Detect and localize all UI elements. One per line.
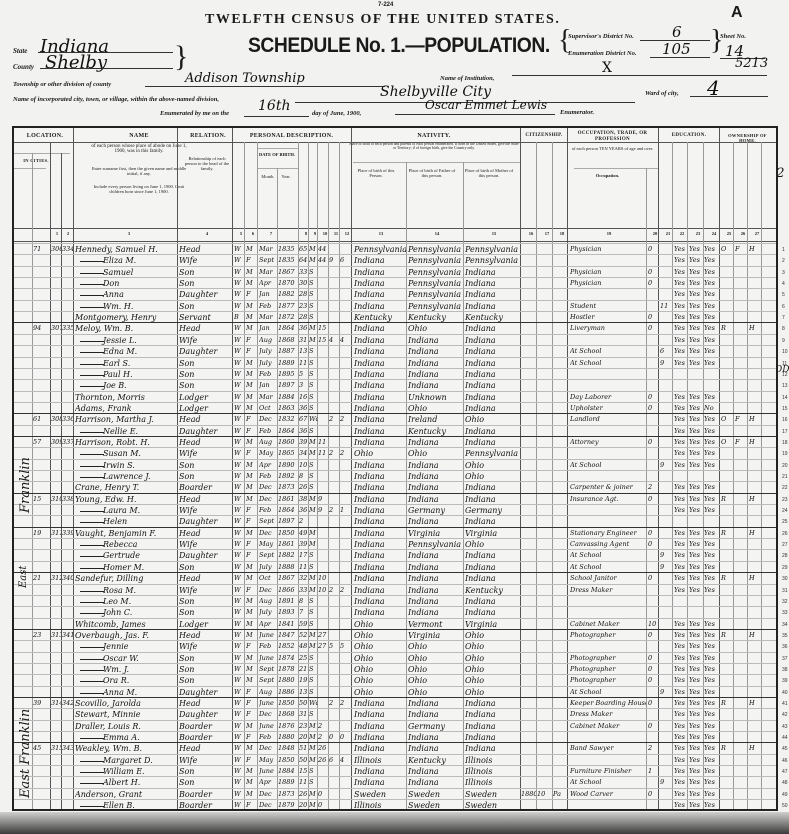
line-number: 4 bbox=[782, 281, 785, 287]
enumeration-value: 105 bbox=[662, 40, 691, 58]
day-value: 16th bbox=[258, 98, 290, 114]
ditto-dash bbox=[80, 466, 104, 467]
group-relation: RELATION. bbox=[184, 133, 232, 139]
enumerated-label: Enumerated by me on the bbox=[160, 110, 229, 117]
line-number: 26 bbox=[782, 531, 788, 537]
scan-edge bbox=[0, 812, 789, 834]
column-number: 18 bbox=[557, 231, 567, 236]
relation: Boarder bbox=[179, 800, 231, 811]
group-education: EDUCATION. bbox=[659, 133, 719, 138]
line-number: 15 bbox=[782, 406, 788, 412]
line-number: 6 bbox=[782, 304, 785, 310]
line-number: 36 bbox=[782, 644, 788, 650]
line-number: 23 bbox=[782, 497, 788, 503]
months-school bbox=[660, 800, 672, 811]
line-number: 32 bbox=[782, 599, 788, 605]
line-number: 25 bbox=[782, 519, 788, 525]
pob-father-label: Place of birth of Father of this person. bbox=[407, 168, 457, 178]
group-location: LOCATION. bbox=[20, 133, 70, 139]
township-value: Addison Township bbox=[185, 71, 305, 86]
children-living bbox=[340, 800, 350, 811]
ditto-dash bbox=[80, 295, 104, 296]
line-number: 20 bbox=[782, 463, 788, 469]
column-number: 27 bbox=[752, 231, 762, 236]
month-label: Month. bbox=[259, 174, 277, 179]
name-desc: of each person whose place of abode on J… bbox=[89, 144, 189, 154]
line-number: 22 bbox=[782, 485, 788, 491]
line-number: 17 bbox=[782, 429, 788, 435]
can-write: Yes bbox=[689, 800, 703, 811]
line-number: 38 bbox=[782, 667, 788, 673]
county-label: County bbox=[13, 63, 34, 71]
column-number: 3 bbox=[124, 231, 134, 236]
sheet-no-label: Sheet No. bbox=[720, 33, 746, 40]
ditto-dash bbox=[80, 307, 104, 308]
line-number: 50 bbox=[782, 803, 788, 809]
house-number bbox=[33, 800, 49, 811]
line-number: 47 bbox=[782, 769, 788, 775]
table-row: Ellen B.BoarderWFDec187920M0IllinoisSwed… bbox=[14, 799, 776, 811]
occupation-desc: of each person TEN YEARS of age and over… bbox=[570, 146, 655, 151]
census-sheet: 7-224 TWELFTH CENSUS OF THE UNITED STATE… bbox=[0, 0, 789, 834]
ditto-dash bbox=[80, 477, 104, 478]
nativity-desc: Place of birth of each person and parent… bbox=[349, 142, 519, 150]
supervisor-value: 6 bbox=[672, 23, 682, 41]
stamp-number: 5213 bbox=[735, 56, 768, 71]
mother-birthplace: Sweden bbox=[465, 800, 520, 811]
column-number: 15 bbox=[489, 231, 499, 236]
line-number: 5 bbox=[782, 292, 785, 298]
father-birthplace: Sweden bbox=[408, 800, 463, 811]
column-number: 4 bbox=[202, 231, 212, 236]
ditto-dash bbox=[80, 659, 104, 660]
ditto-dash bbox=[80, 386, 104, 387]
line-number: 33 bbox=[782, 610, 788, 616]
sex: F bbox=[246, 800, 256, 811]
column-number: 5 bbox=[236, 231, 246, 236]
ditto-dash bbox=[80, 273, 104, 274]
column-number: 1 bbox=[52, 231, 62, 236]
ditto-dash bbox=[80, 341, 104, 342]
line-number: 28 bbox=[782, 553, 788, 559]
ditto-dash bbox=[80, 261, 104, 262]
line-number: 37 bbox=[782, 656, 788, 662]
ditto-dash bbox=[80, 806, 104, 807]
years-married: 0 bbox=[318, 800, 328, 811]
line-number: 39 bbox=[782, 678, 788, 684]
column-number: 12 bbox=[342, 231, 352, 236]
day-of-label: day of June, 1900, bbox=[312, 110, 361, 117]
line-number: 19 bbox=[782, 451, 788, 457]
line-number: 11 bbox=[782, 361, 787, 367]
census-title: TWELFTH CENSUS OF THE UNITED STATES. bbox=[205, 12, 560, 28]
ditto-dash bbox=[80, 681, 104, 682]
line-number: 46 bbox=[782, 758, 788, 764]
schedule-title: SCHEDULE No. 1.—POPULATION. bbox=[248, 34, 550, 58]
group-nativity: NATIVITY. bbox=[349, 133, 519, 139]
ditto-dash bbox=[80, 647, 104, 648]
column-number: 13 bbox=[376, 231, 386, 236]
line-number: 24 bbox=[782, 508, 788, 514]
immigration-year bbox=[521, 800, 536, 811]
ditto-dash bbox=[80, 738, 104, 739]
form-number: 7-224 bbox=[378, 2, 393, 8]
institution-value: X bbox=[602, 60, 612, 76]
ditto-dash bbox=[80, 432, 104, 433]
pob-mother-label: Place of birth of Mother of this person. bbox=[464, 168, 514, 178]
age: 20 bbox=[299, 800, 308, 811]
can-read: Yes bbox=[674, 800, 687, 811]
ditto-dash bbox=[80, 670, 104, 671]
column-number: 14 bbox=[432, 231, 442, 236]
family-number bbox=[62, 800, 73, 811]
group-citizenship: CITIZENSHIP. bbox=[520, 133, 568, 138]
column-number: 11 bbox=[331, 231, 341, 236]
line-number: 3 bbox=[782, 270, 785, 276]
institution-label: Name of Institution, bbox=[440, 75, 494, 82]
occupation bbox=[570, 800, 646, 811]
pob-person-label: Place of birth of this Person. bbox=[351, 168, 401, 178]
ditto-dash bbox=[80, 364, 104, 365]
farm-house bbox=[749, 800, 761, 811]
line-number: 40 bbox=[782, 690, 788, 696]
enumerator-label: Enumerator. bbox=[560, 109, 594, 116]
ditto-dash bbox=[80, 545, 104, 546]
enumerator-name: Oscar Emmet Lewis bbox=[425, 98, 547, 112]
column-number: 17 bbox=[542, 231, 552, 236]
line-number: 13 bbox=[782, 383, 788, 389]
county-value: Shelby bbox=[45, 52, 107, 73]
race: W bbox=[234, 800, 244, 811]
column-number: 16 bbox=[526, 231, 536, 236]
township-label: Township or other division of county bbox=[13, 81, 111, 88]
marital-status: M bbox=[309, 800, 318, 811]
column-number: 25 bbox=[724, 231, 734, 236]
dwelling-number bbox=[51, 800, 61, 811]
column-number: 24 bbox=[709, 231, 719, 236]
column-number: 9 bbox=[310, 231, 320, 236]
line-number: 31 bbox=[782, 588, 788, 594]
ditto-dash bbox=[80, 556, 104, 557]
line-number: 18 bbox=[782, 440, 788, 446]
column-number: 22 bbox=[677, 231, 687, 236]
column-number: 6 bbox=[248, 231, 258, 236]
years-in-us bbox=[537, 800, 552, 811]
ditto-dash bbox=[80, 568, 104, 569]
column-number: 20 bbox=[650, 231, 660, 236]
relation-desc: Relationship of each person to the head … bbox=[184, 156, 230, 171]
birthplace: Illinois bbox=[354, 800, 406, 811]
months-unemployed bbox=[648, 800, 658, 811]
state-label: State bbox=[13, 47, 27, 55]
line-number: 30 bbox=[782, 576, 788, 582]
ditto-dash bbox=[80, 783, 104, 784]
sheet-letter: A bbox=[731, 4, 743, 22]
children-born bbox=[329, 800, 339, 811]
line-number: 43 bbox=[782, 724, 788, 730]
free-mortgaged bbox=[735, 800, 747, 811]
column-number: 26 bbox=[738, 231, 748, 236]
line-number: 45 bbox=[782, 746, 788, 752]
supervisor-label: Supervisor's District No. bbox=[568, 33, 634, 40]
population-table: LOCATION. IN CITIES. NAME of each person… bbox=[12, 126, 778, 811]
ditto-dash bbox=[80, 613, 104, 614]
line-number: 35 bbox=[782, 633, 788, 639]
ditto-dash bbox=[80, 352, 104, 353]
naturalization bbox=[553, 800, 567, 811]
street-note-east-franklin: East Franklin bbox=[18, 709, 33, 798]
line-number: 34 bbox=[782, 622, 788, 628]
line-number: 2 bbox=[782, 258, 785, 264]
owned-rented bbox=[721, 800, 733, 811]
ditto-dash bbox=[80, 591, 104, 592]
column-number: 2 bbox=[63, 231, 73, 236]
group-name: NAME bbox=[104, 133, 174, 139]
ditto-dash bbox=[80, 511, 104, 512]
line-number: 21 bbox=[782, 474, 788, 480]
ditto-dash bbox=[80, 375, 104, 376]
line-number: 16 bbox=[782, 417, 788, 423]
line-number: 8 bbox=[782, 326, 785, 332]
date-of-birth-label: DATE OF BIRTH. bbox=[259, 152, 295, 157]
line-number: 12 bbox=[782, 372, 788, 378]
line-number: 14 bbox=[782, 395, 788, 401]
ditto-dash bbox=[80, 693, 104, 694]
group-personal: PERSONAL DESCRIPTION. bbox=[234, 133, 349, 139]
ditto-dash bbox=[80, 772, 104, 773]
ditto-dash bbox=[80, 522, 104, 523]
street-note-east: East bbox=[18, 566, 29, 588]
street-note-franklin: Franklin bbox=[18, 457, 33, 513]
year-label: Year. bbox=[277, 174, 295, 179]
name-note1: Enter surname first, then the given name… bbox=[89, 166, 189, 176]
line-number: 27 bbox=[782, 542, 788, 548]
line-number: 7 bbox=[782, 315, 785, 321]
ditto-dash bbox=[80, 761, 104, 762]
enumeration-label: Enumeration District No. bbox=[568, 50, 636, 57]
column-number: 10 bbox=[320, 231, 330, 236]
line-number: 29 bbox=[782, 565, 788, 571]
line-number: 41 bbox=[782, 701, 788, 707]
ditto-dash bbox=[80, 454, 104, 455]
column-number: 19 bbox=[604, 231, 614, 236]
group-in-cities: IN CITIES. bbox=[20, 158, 52, 163]
birth-month: Dec bbox=[259, 800, 277, 811]
brace: } bbox=[174, 42, 188, 72]
column-number: 7 bbox=[266, 231, 276, 236]
line-number: 48 bbox=[782, 780, 788, 786]
column-number: 21 bbox=[663, 231, 673, 236]
line-number: 49 bbox=[782, 792, 788, 798]
line-number: 10 bbox=[782, 349, 788, 355]
ward-label: Ward of city, bbox=[645, 90, 679, 97]
column-number: 23 bbox=[693, 231, 703, 236]
line-number: 42 bbox=[782, 712, 788, 718]
line-number: 1 bbox=[782, 247, 785, 253]
occupation-sub-label: Occupation. bbox=[570, 173, 645, 178]
name-note2: Include every person living on June 1, 1… bbox=[89, 184, 189, 194]
incorporated-label: Name of incorporated city, town, or vill… bbox=[13, 96, 219, 103]
birth-year: 1879 bbox=[278, 800, 298, 811]
ditto-dash bbox=[80, 602, 104, 603]
line-number: 9 bbox=[782, 338, 785, 344]
line-number: 44 bbox=[782, 735, 788, 741]
ditto-dash bbox=[80, 284, 104, 285]
speaks-english: Yes bbox=[704, 800, 719, 811]
